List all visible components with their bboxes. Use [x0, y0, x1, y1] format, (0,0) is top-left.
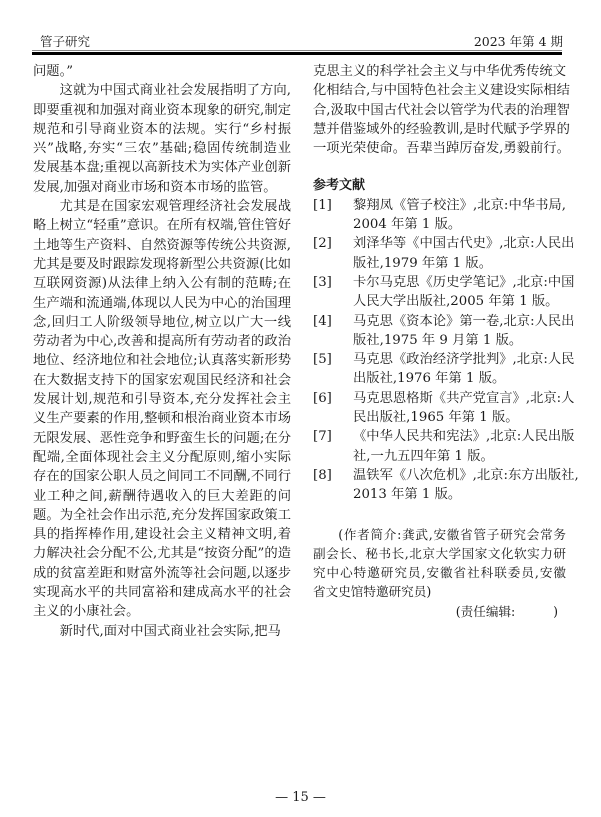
reference-item: [5]马克思《政治经济学批判》,北京:人民出版社,1976 年第 1 版。: [313, 350, 566, 389]
text-line: 具的指挥棒作用,建设社会主义精神文明,着: [33, 525, 291, 544]
text-line: 尤其是在国家宏观管理经济社会发展战: [33, 197, 291, 216]
bio-line: 省文史馆特邀研究员): [313, 582, 566, 601]
text-line: 这就为中国式商业社会发展指明了方向,: [33, 81, 291, 100]
reference-text: 出版社,1976 年第 1 版。: [353, 369, 566, 388]
text-line: 发展计划,规范和引导资本,充分发挥社会主: [33, 390, 291, 409]
right-column: 克思主义的科学社会主义与中华优秀传统文化相结合,与中国特色社会主义建设实际相结合…: [313, 62, 566, 621]
text-line: 化相结合,与中国特色社会主义建设实际相结: [313, 81, 566, 100]
reference-text: 2013 年第 1 版。: [353, 485, 566, 504]
reference-item: [8]温铁军《八次危机》,北京:东方出版社,2013 年第 1 版。: [313, 466, 566, 505]
reference-number: [6]: [313, 389, 332, 408]
reference-text: 马克思恩格斯《共产党宣言》,北京:人: [353, 389, 566, 408]
bio-line: 副会长、秘书长,北京大学国家文化软实力研: [313, 544, 566, 563]
text-line: 互联网资源)从法律上纳入公有制的范畴;在: [33, 274, 291, 293]
text-line: 成的贫富差距和财富外流等社会问题,以逐步: [33, 564, 291, 583]
reference-text: 版社,1979 年第 1 版。: [353, 254, 566, 273]
text-line: 兴”战略,夯实“三农”基础;稳固传统制造业: [33, 139, 291, 158]
bio-line: (作者简介:龚武,安徽省管子研究会常务: [313, 525, 566, 544]
header-rule-thick: [32, 52, 562, 55]
left-column: 问题。”这就为中国式商业社会发展指明了方向,即要重视和加强对商业资本现象的研究,…: [33, 62, 291, 641]
text-line: 地位、经济地位和社会地位;认真落实新形势: [33, 351, 291, 370]
editor-note: (责任编辑: ): [313, 602, 566, 621]
text-line: 配端,全面体现社会主义分配原则,缩小实际: [33, 448, 291, 467]
text-line: 克思主义的科学社会主义与中华优秀传统文: [313, 62, 566, 81]
body-paragraph: 这就为中国式商业社会发展指明了方向,即要重视和加强对商业资本现象的研究,制定规范…: [33, 81, 291, 197]
text-line: 问题。”: [33, 62, 291, 81]
body-paragraph: 问题。”: [33, 62, 291, 81]
text-line: 即要重视和加强对商业资本现象的研究,制定: [33, 101, 291, 120]
reference-text: 卡尔马克思《历史学笔记》,北京:中国: [353, 273, 566, 292]
running-header: 管子研究 2023 年第 4 期: [35, 34, 565, 50]
text-line: 力解决社会分配不公,尤其是“按资分配”的造: [33, 544, 291, 563]
reference-number: [4]: [313, 312, 332, 331]
reference-text: 刘泽华等《中国古代史》,北京:人民出: [353, 234, 566, 253]
text-line: 无限发展、恶性竞争和野蛮生长的问题;在分: [33, 429, 291, 448]
text-line: 念,回归工人阶级领导地位,树立以广大一线: [33, 313, 291, 332]
reference-text: 社,一九五四年第 1 版。: [353, 447, 566, 466]
references-heading: 参考文献: [313, 176, 566, 195]
text-line: 在大数据支持下的国家宏观国民经济和社会: [33, 371, 291, 390]
reference-item: [6]马克思恩格斯《共产党宣言》,北京:人民出版社,1965 年第 1 版。: [313, 389, 566, 428]
body-paragraph: 克思主义的科学社会主义与中华优秀传统文化相结合,与中国特色社会主义建设实际相结合…: [313, 62, 566, 158]
text-line: 劳动者为中心,改善和提高所有劳动者的政治: [33, 332, 291, 351]
text-line: 略上树立“轻重”意识。在所有权端,管住管好: [33, 216, 291, 235]
text-line: 发展基本盘;重视以高新技术为实体产业创新: [33, 158, 291, 177]
text-line: 尤其是要及时跟踪发现将新型公共资源(比如: [33, 255, 291, 274]
reference-number: [1]: [313, 196, 332, 215]
body-paragraph: 尤其是在国家宏观管理经济社会发展战略上树立“轻重”意识。在所有权端,管住管好土地…: [33, 197, 291, 622]
text-line: 题。为全社会作出示范,充分发挥国家政策工: [33, 506, 291, 525]
text-line: 合,汲取中国古代社会以管学为代表的治理智: [313, 101, 566, 120]
reference-text: 《中华人民共和宪法》,北京:人民出版: [353, 427, 566, 446]
text-line: 一项光荣使命。吾辈当踔厉奋发,勇毅前行。: [313, 139, 566, 158]
reference-item: [7]《中华人民共和宪法》,北京:人民出版社,一九五四年第 1 版。: [313, 427, 566, 466]
author-bio: (作者简介:龚武,安徽省管子研究会常务副会长、秘书长,北京大学国家文化软实力研究…: [313, 525, 566, 602]
reference-item: [3]卡尔马克思《历史学笔记》,北京:中国人民大学出版社,2005 年第 1 版…: [313, 273, 566, 312]
reference-number: [7]: [313, 427, 332, 446]
reference-item: [4]马克思《资本论》第一卷,北京:人民出版社,1975 年 9 月第 1 版。: [313, 312, 566, 351]
text-line: 业工种之间,薪酬待遇收入的巨大差距的问: [33, 487, 291, 506]
reference-text: 2004 年第 1 版。: [353, 215, 566, 234]
header-rule: [32, 50, 562, 55]
reference-text: 人民大学出版社,2005 年第 1 版。: [353, 292, 566, 311]
reference-text: 温铁军《八次危机》,北京:东方出版社,: [353, 466, 566, 485]
text-line: 土地等生产资料、自然资源等传统公共资源,: [33, 236, 291, 255]
text-line: 实现高水平的共同富裕和建成高水平的社会: [33, 583, 291, 602]
references-list: [1]黎翔凤《管子校注》,北京:中华书局,2004 年第 1 版。[2]刘泽华等…: [313, 196, 566, 505]
text-line: 规范和引导商业资本的法规。实行“乡村振: [33, 120, 291, 139]
reference-item: [2]刘泽华等《中国古代史》,北京:人民出版社,1979 年第 1 版。: [313, 234, 566, 273]
text-line: 新时代,面对中国式商业社会实际,把马: [33, 622, 291, 641]
reference-text: 版社,1975 年 9 月第 1 版。: [353, 331, 566, 350]
body-paragraph: 新时代,面对中国式商业社会实际,把马: [33, 622, 291, 641]
text-line: 存在的国家公职人员之间同工不同酬,不同行: [33, 467, 291, 486]
text-line: 主义的小康社会。: [33, 602, 291, 621]
issue-label: 2023 年第 4 期: [474, 34, 563, 50]
bio-line: 究中心特邀研究员,安徽省社科联委员,安徽: [313, 563, 566, 582]
journal-title: 管子研究: [40, 34, 90, 50]
reference-number: [8]: [313, 466, 332, 485]
reference-number: [2]: [313, 234, 332, 253]
reference-text: 马克思《政治经济学批判》,北京:人民: [353, 350, 566, 369]
reference-text: 民出版社,1965 年第 1 版。: [353, 408, 566, 427]
reference-item: [1]黎翔凤《管子校注》,北京:中华书局,2004 年第 1 版。: [313, 196, 566, 235]
text-line: 发展,加强对商业市场和资本市场的监管。: [33, 178, 291, 197]
reference-text: 马克思《资本论》第一卷,北京:人民出: [353, 312, 566, 331]
reference-text: 黎翔凤《管子校注》,北京:中华书局,: [353, 196, 566, 215]
text-line: 慧并借鉴域外的经验教训,是时代赋予学界的: [313, 120, 566, 139]
text-line: 生产端和流通端,体现以人民为中心的治国理: [33, 294, 291, 313]
page-number: — 15 —: [0, 790, 601, 805]
reference-number: [3]: [313, 273, 332, 292]
reference-number: [5]: [313, 350, 332, 369]
text-line: 义生产要素的作用,整顿和根治商业资本市场: [33, 409, 291, 428]
